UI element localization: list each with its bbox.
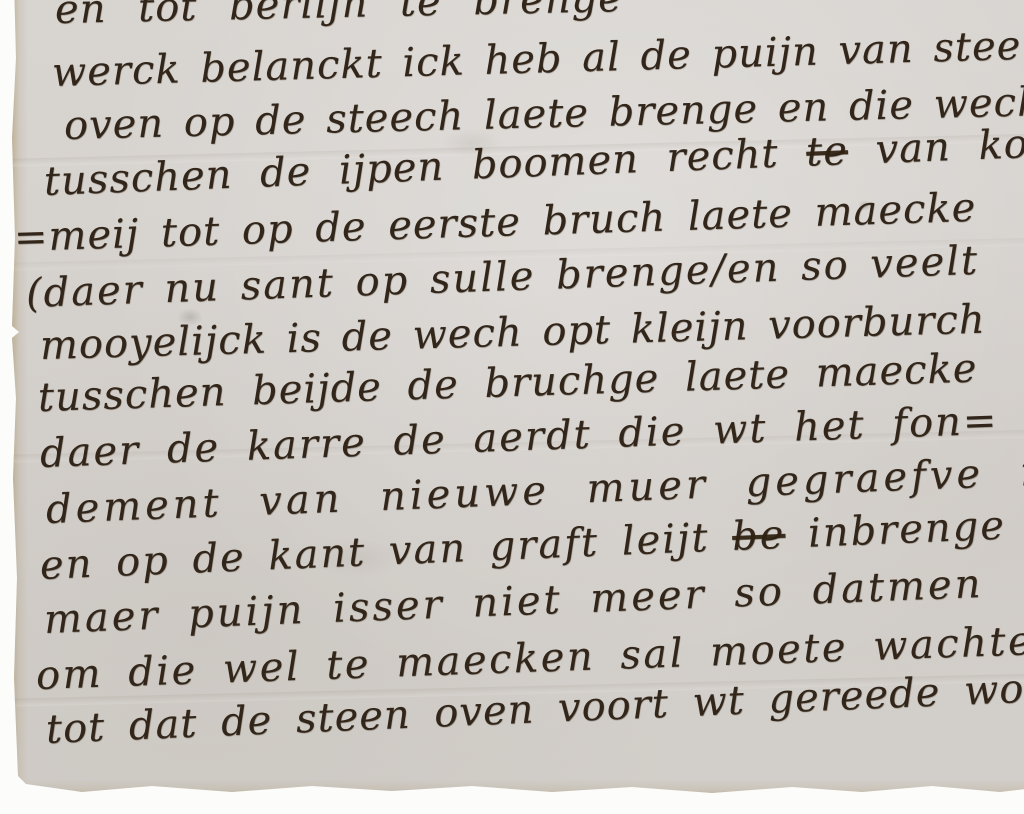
handwriting-text: en tot berlijn te brenge: [55, 0, 624, 33]
scan-background: en tot berlijn te brengewerck belanckt i…: [0, 0, 1024, 814]
handwriting-text: van koe: [847, 120, 1024, 174]
struck-word: te: [805, 128, 848, 176]
manuscript-line: en tot berlijn te brenge: [54, 0, 623, 36]
handwriting-text: inbrenge: [784, 503, 1006, 558]
text-layer: en tot berlijn te brengewerck belanckt i…: [0, 0, 1024, 814]
struck-word: be: [731, 512, 786, 560]
